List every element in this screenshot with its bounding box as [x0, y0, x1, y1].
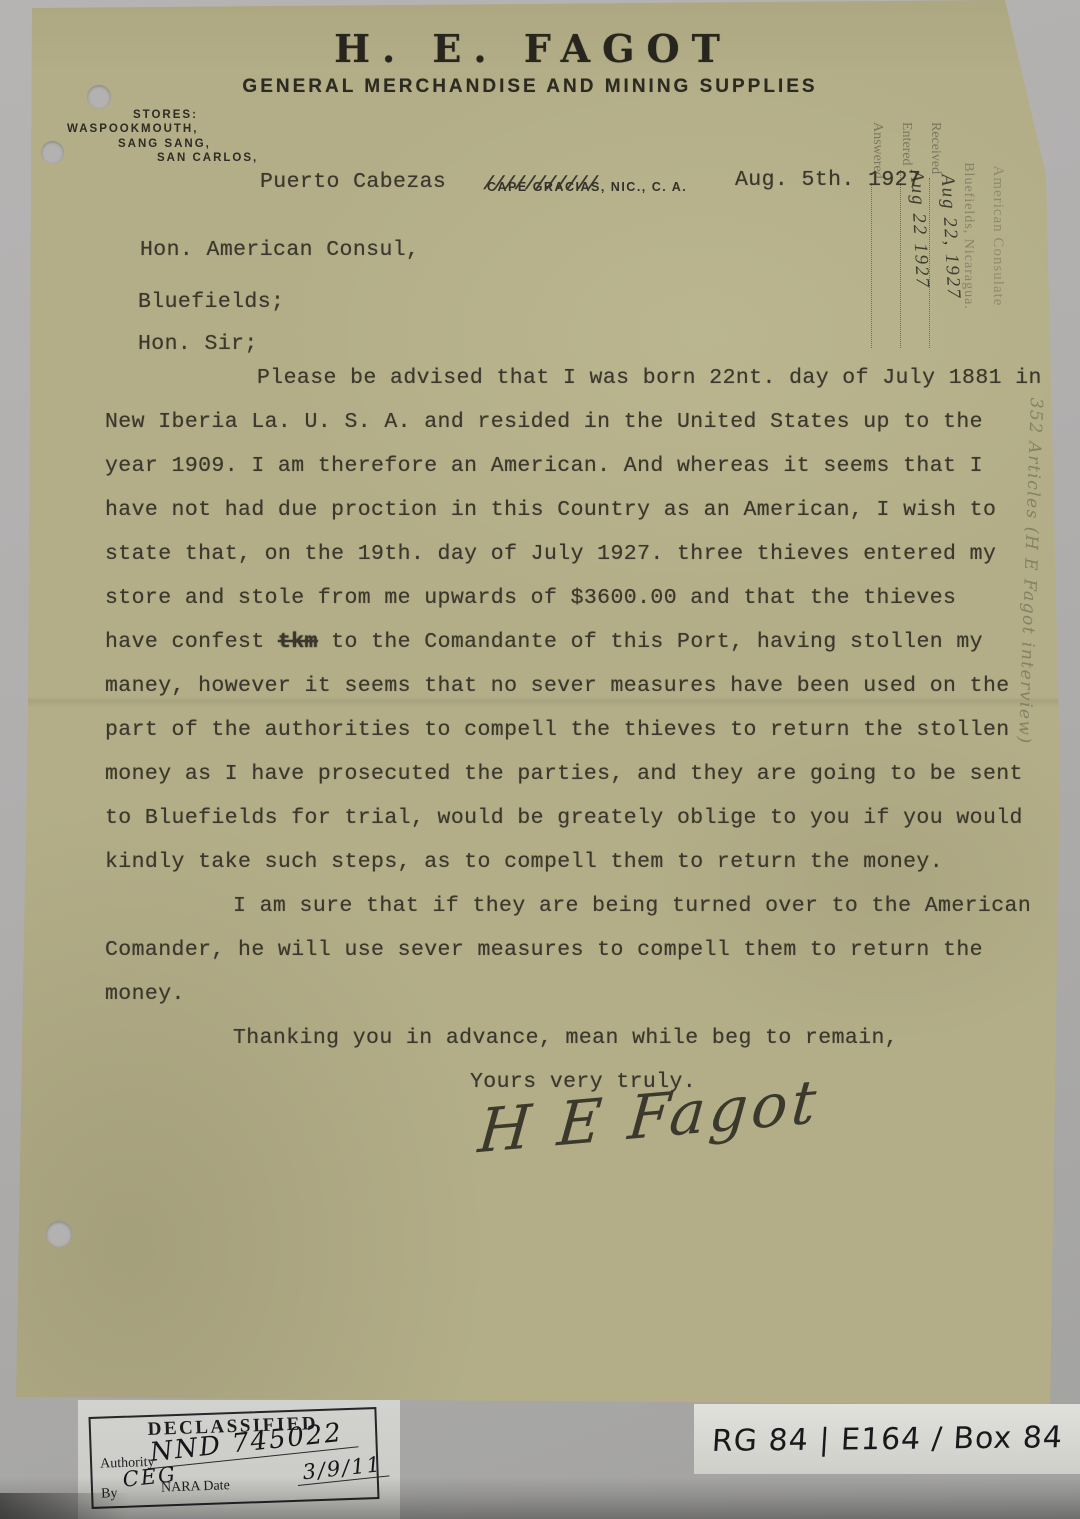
recipient-line: Hon. Sir;: [138, 332, 258, 356]
body-line: Comander, he will use sever measures to …: [105, 928, 1020, 972]
recipient-line: Bluefields;: [138, 290, 284, 314]
body-line-with-strikeout: have confest tkm to the Comandante of th…: [105, 620, 1020, 664]
letterhead-company-name: H. E. FAGOT: [0, 26, 1066, 71]
body-line-segment: to the Comandante of this Port, having s…: [318, 630, 983, 654]
printed-place-rest: NIC., C. A.: [606, 180, 687, 194]
stamp-entered-label: Entered: [896, 122, 914, 166]
body-line: maney, however it seems that no sever me…: [105, 664, 1020, 708]
archive-label-strip: RG 84 | E164 / Box 84: [694, 1404, 1080, 1474]
consulate-received-stamp: American Consulate Bluefields, Nicaragua…: [856, 122, 1014, 350]
store-name: SAN CARLOS,: [157, 152, 258, 164]
body-line: to Bluefields for trial, would be greate…: [105, 796, 1020, 840]
stamp-answered-row: Answered: [867, 122, 896, 350]
body-line: store and stole from me upwards of $3600…: [105, 576, 1020, 620]
letter-paper: H. E. FAGOT GENERAL MERCHANDISE AND MINI…: [0, 0, 1080, 1519]
stamp-answered-label: Answered: [867, 122, 885, 179]
body-line-segment: have confest: [105, 630, 278, 654]
letterhead-tagline: GENERAL MERCHANDISE AND MINING SUPPLIES: [0, 76, 1060, 98]
stamp-org-line: American Consulate: [983, 122, 1012, 350]
body-line: I am sure that if they are being turned …: [105, 884, 1020, 928]
closing-line: Thanking you in advance, mean while beg …: [105, 1016, 1020, 1060]
stores-label: STORES:: [133, 109, 198, 121]
scanned-document: H. E. FAGOT GENERAL MERCHANDISE AND MINI…: [0, 0, 1080, 1519]
scan-bottom-shadow: [0, 1477, 1080, 1519]
archive-label-handwriting: RG 84 | E164 / Box 84: [710, 1420, 1063, 1459]
body-line: kindly take such steps, as to compell th…: [105, 840, 1020, 884]
recipient-line: Hon. American Consul,: [140, 238, 419, 262]
printed-place: CAPE GRACIAS,/////////// NIC., C. A.: [487, 180, 687, 194]
stamp-entered-row: Entered Aug 22 1927: [896, 122, 925, 350]
store-name: WASPOOKMOUTH,: [67, 123, 198, 135]
store-name: SANG SANG,: [118, 138, 211, 150]
typed-over-word: tkm: [278, 630, 318, 654]
punch-hole: [46, 1221, 72, 1247]
body-line: have not had due proction in this Countr…: [105, 488, 1020, 532]
punch-hole: [0, 1272, 18, 1302]
body-line: part of the authorities to compell the t…: [105, 708, 1020, 752]
body-line: New Iberia La. U. S. A. and resided in t…: [105, 400, 1020, 444]
struck-place-text: CAPE GRACIAS,///////////: [487, 180, 606, 194]
typed-place: Puerto Cabezas: [260, 170, 446, 194]
letter-body: Please be advised that I was born 22nt. …: [105, 356, 1020, 1104]
stamp-dotted-line: [871, 183, 872, 348]
body-line: state that, on the 19th. day of July 192…: [105, 532, 1020, 576]
body-line: money as I have prosecuted the parties, …: [105, 752, 1020, 796]
stamp-dotted-line: [900, 170, 901, 348]
body-line: money.: [105, 972, 1020, 1016]
body-line: year 1909. I am therefore an American. A…: [105, 444, 1020, 488]
body-line: Please be advised that I was born 22nt. …: [105, 356, 1020, 400]
scan-corner-shadow: [0, 1493, 130, 1519]
stamp-received-label: Received: [925, 122, 943, 174]
punch-hole: [41, 141, 64, 164]
strikeout-slashes: ///////////: [481, 173, 599, 195]
